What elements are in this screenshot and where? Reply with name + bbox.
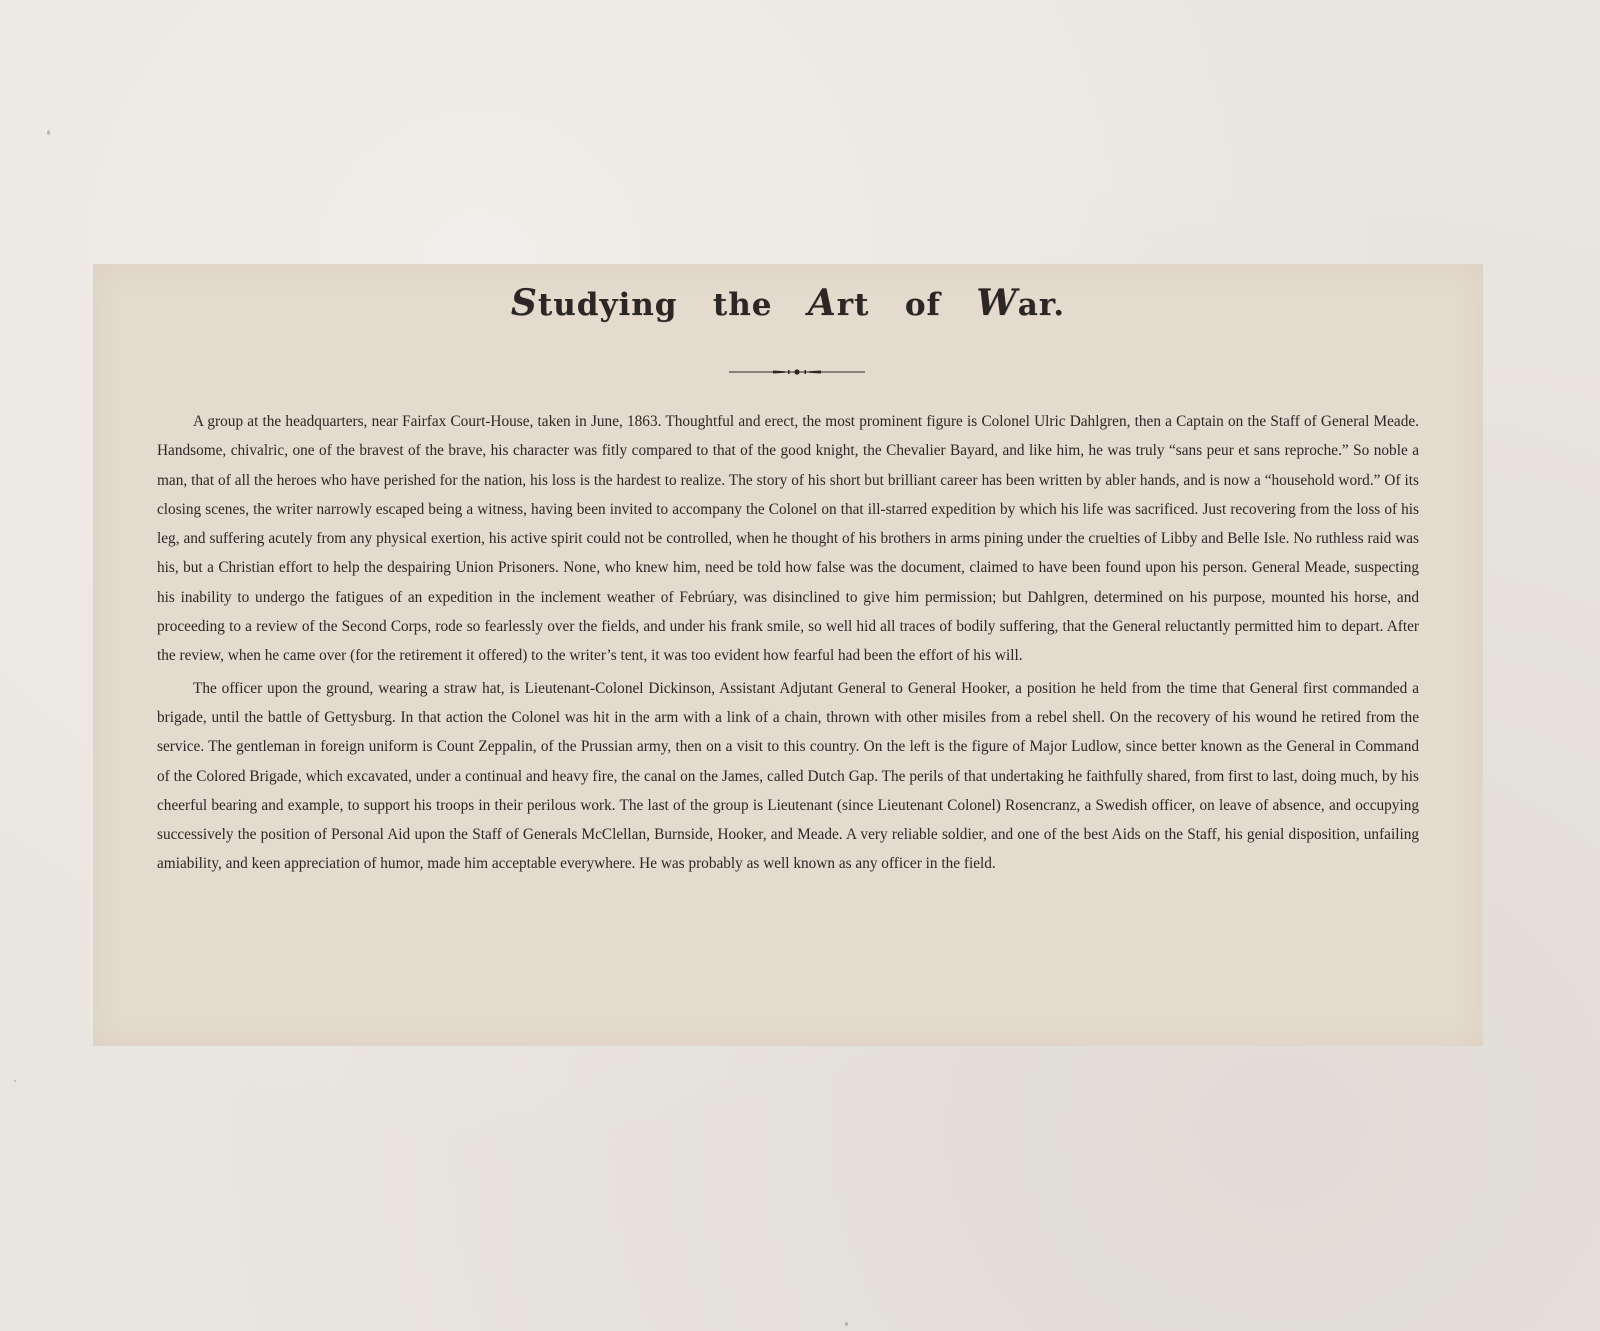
paper-sheet: Studying the Art of War. A group at the …	[0, 0, 1600, 1331]
title-word: Art	[808, 287, 870, 323]
paper-speck	[14, 1080, 16, 1082]
paragraph: A group at the headquarters, near Fairfa…	[157, 407, 1419, 671]
paper-speck	[47, 130, 50, 135]
title-word: the	[713, 287, 773, 323]
caption-panel: Studying the Art of War. A group at the …	[93, 264, 1483, 1046]
title-word: War.	[976, 287, 1065, 323]
title-word: of	[905, 287, 941, 323]
caption-body: A group at the headquarters, near Fairfa…	[157, 407, 1419, 882]
paragraph: The officer upon the ground, wearing a s…	[157, 674, 1419, 879]
ornamental-rule-icon	[729, 368, 865, 376]
paper-speck	[845, 1322, 848, 1326]
page-title: Studying the Art of War.	[93, 282, 1483, 324]
title-word: Studying	[511, 287, 678, 323]
